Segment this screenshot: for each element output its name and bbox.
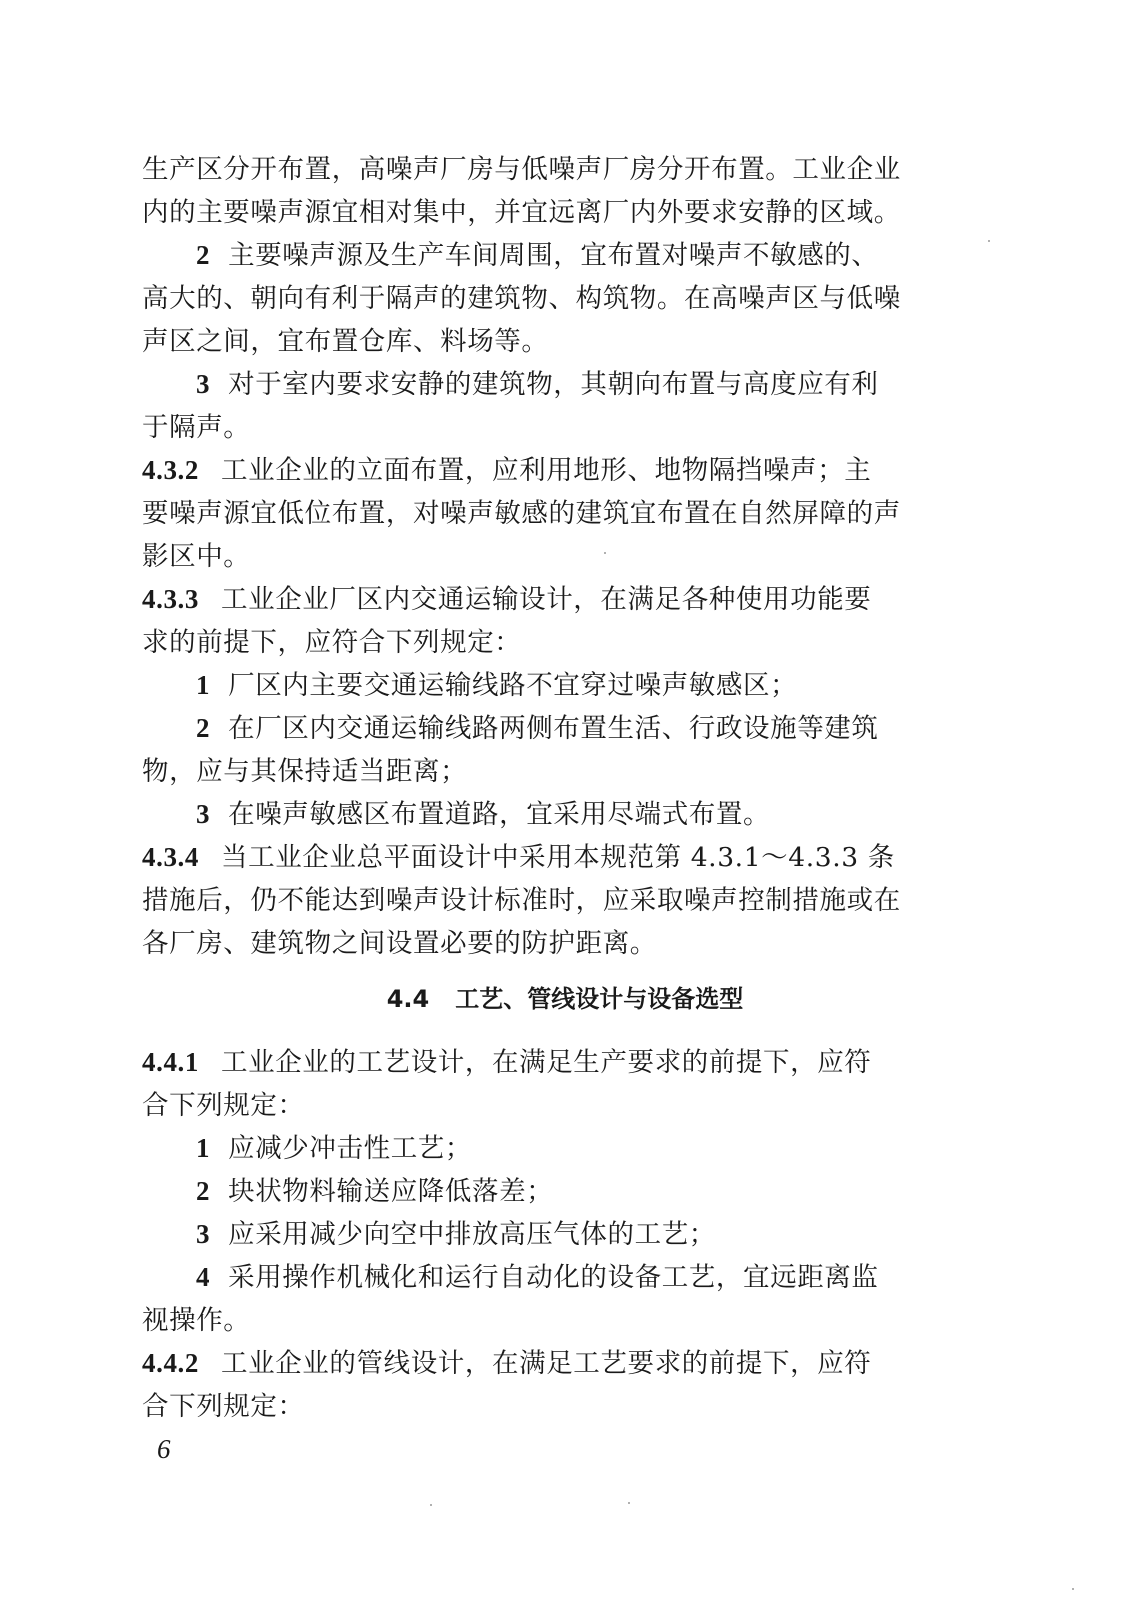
- section-title-text: 工艺、管线设计与设备选型: [455, 985, 743, 1013]
- clause-number: 4.3.2: [142, 455, 199, 485]
- clause-number: 4.3.3: [142, 584, 199, 614]
- section-number: 4.4: [387, 985, 430, 1013]
- list-item: 2主要噪声源及生产车间周围，宜布置对噪声不敏感的、: [196, 234, 986, 277]
- item-number: 3: [196, 799, 210, 829]
- list-item: 4采用操作机械化和运行自动化的设备工艺，宜远距离监: [196, 1256, 986, 1299]
- list-item: 1厂区内主要交通运输线路不宜穿过噪声敏感区；: [196, 664, 986, 707]
- text-line: 措施后，仍不能达到噪声设计标准时，应采取噪声控制措施或在: [142, 879, 932, 922]
- list-item: 3应采用减少向空中排放高压气体的工艺；: [196, 1213, 986, 1256]
- document-page: 生产区分开布置，高噪声厂房与低噪声厂房分开布置。工业企业 内的主要噪声源宜相对集…: [0, 0, 1130, 1600]
- clause-line: 4.4.2工业企业的管线设计，在满足工艺要求的前提下，应符: [142, 1342, 932, 1385]
- list-item: 3在噪声敏感区布置道路，宜采用尽端式布置。: [196, 793, 986, 836]
- clause-line: 4.3.2工业企业的立面布置，应利用地形、地物隔挡噪声；主: [142, 449, 932, 492]
- text-line: 于隔声。: [142, 406, 932, 449]
- text-line: 声区之间，宜布置仓库、料场等。: [142, 320, 932, 363]
- item-number: 4: [196, 1262, 210, 1292]
- page-number: 6: [157, 1434, 171, 1465]
- clause-line: 4.4.1工业企业的工艺设计，在满足生产要求的前提下，应符: [142, 1041, 932, 1084]
- item-number: 2: [196, 240, 210, 270]
- item-number: 2: [196, 1176, 210, 1206]
- list-item: 2块状物料输送应降低落差；: [196, 1170, 986, 1213]
- scan-speck: [604, 552, 606, 554]
- list-item: 1应减少冲击性工艺；: [196, 1127, 986, 1170]
- text-line: 物，应与其保持适当距离；: [142, 750, 932, 793]
- text-line: 高大的、朝向有利于隔声的建筑物、构筑物。在高噪声区与低噪: [142, 277, 932, 320]
- text-line: 合下列规定：: [142, 1084, 932, 1127]
- clause-line: 4.3.4当工业企业总平面设计中采用本规范第 4.3.1～4.3.3 条: [142, 836, 932, 879]
- text-line: 影区中。: [142, 535, 932, 578]
- clause-number: 4.3.4: [142, 842, 199, 872]
- scan-speck: [628, 1502, 630, 1504]
- list-item: 2在厂区内交通运输线路两侧布置生活、行政设施等建筑: [196, 707, 986, 750]
- text-line: 生产区分开布置，高噪声厂房与低噪声厂房分开布置。工业企业: [142, 148, 932, 191]
- clause-line: 4.3.3工业企业厂区内交通运输设计，在满足各种使用功能要: [142, 578, 932, 621]
- text-line: 内的主要噪声源宜相对集中，并宜远离厂内外要求安静的区域。: [142, 191, 932, 234]
- text-line: 各厂房、建筑物之间设置必要的防护距离。: [142, 922, 932, 965]
- scan-speck: [988, 240, 990, 242]
- text-line: 要噪声源宜低位布置，对噪声敏感的建筑宜布置在自然屏障的声: [142, 492, 932, 535]
- item-number: 3: [196, 1219, 210, 1249]
- text-line: 合下列规定：: [142, 1385, 932, 1428]
- scan-speck: [430, 1504, 432, 1506]
- clause-number: 4.4.2: [142, 1348, 199, 1378]
- item-number: 2: [196, 713, 210, 743]
- text-line: 视操作。: [142, 1299, 932, 1342]
- list-item: 3对于室内要求安静的建筑物，其朝向布置与高度应有利: [196, 363, 986, 406]
- text-line: 求的前提下，应符合下列规定：: [142, 621, 932, 664]
- item-number: 1: [196, 1133, 210, 1163]
- clause-number: 4.4.1: [142, 1047, 199, 1077]
- item-number: 3: [196, 369, 210, 399]
- scan-speck: [1072, 1588, 1074, 1590]
- section-heading: 4.4工艺、管线设计与设备选型: [0, 978, 1130, 1021]
- item-number: 1: [196, 670, 210, 700]
